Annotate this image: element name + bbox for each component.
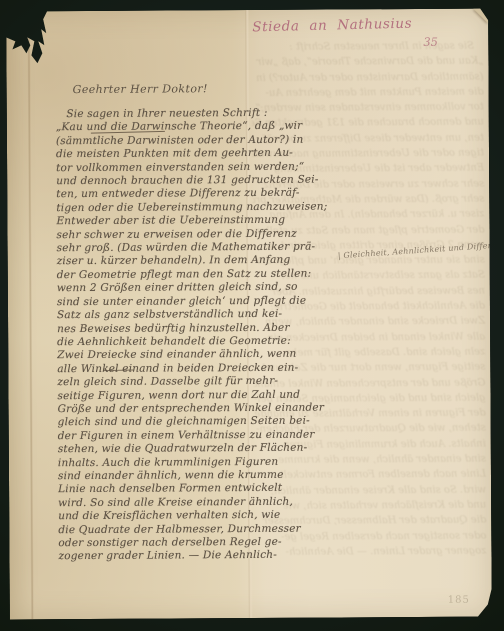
handwriting-line: der Geometrie pflegt man den Satz zu ste… [57,267,349,282]
showthrough-line: (sämmtliche Darwinisten oder der Autor?)… [252,69,484,86]
handwriting-line: stehen, wie die Quadratwurzeln der Fläch… [58,442,350,457]
scan-background: Sie sagen in Ihrer neuesten Schrift :„Ka… [0,0,504,631]
fold-crease-left [27,11,34,619]
salutation-line: Geehrter Herr Doktor! [73,82,208,96]
showthrough-line: „Kau und die Darwinsche Theorie“, daß „w… [251,54,483,71]
letter-page: Sie sagen in Ihrer neuesten Schrift :„Ka… [6,9,492,620]
archival-annotation: Stieda an Nathusius [252,16,412,36]
handwriting-line: und dennoch brauchen die 131 gedruckten … [56,173,348,188]
corner-fold [473,9,488,24]
handwriting-line: sind sie unter einander gleich‘ und pfle… [57,294,349,309]
faint-stamp: 185 [448,595,470,606]
handwriting-line: zogener grader Linien. — Die Aehnlich- [58,549,350,564]
handwriting-line: tigen oder die Uebereinstimmung nachzuwe… [56,200,348,215]
page-number-label: 35 [423,35,438,49]
letter-body: Sie sagen in Ihrer neuesten Schrift :„Ka… [56,106,351,564]
showthrough-line: Sie sagen in Ihrer neuesten Schrift : [251,39,483,56]
showthrough-line: die meisten Punkten mit dem geehrten Au- [252,84,484,101]
